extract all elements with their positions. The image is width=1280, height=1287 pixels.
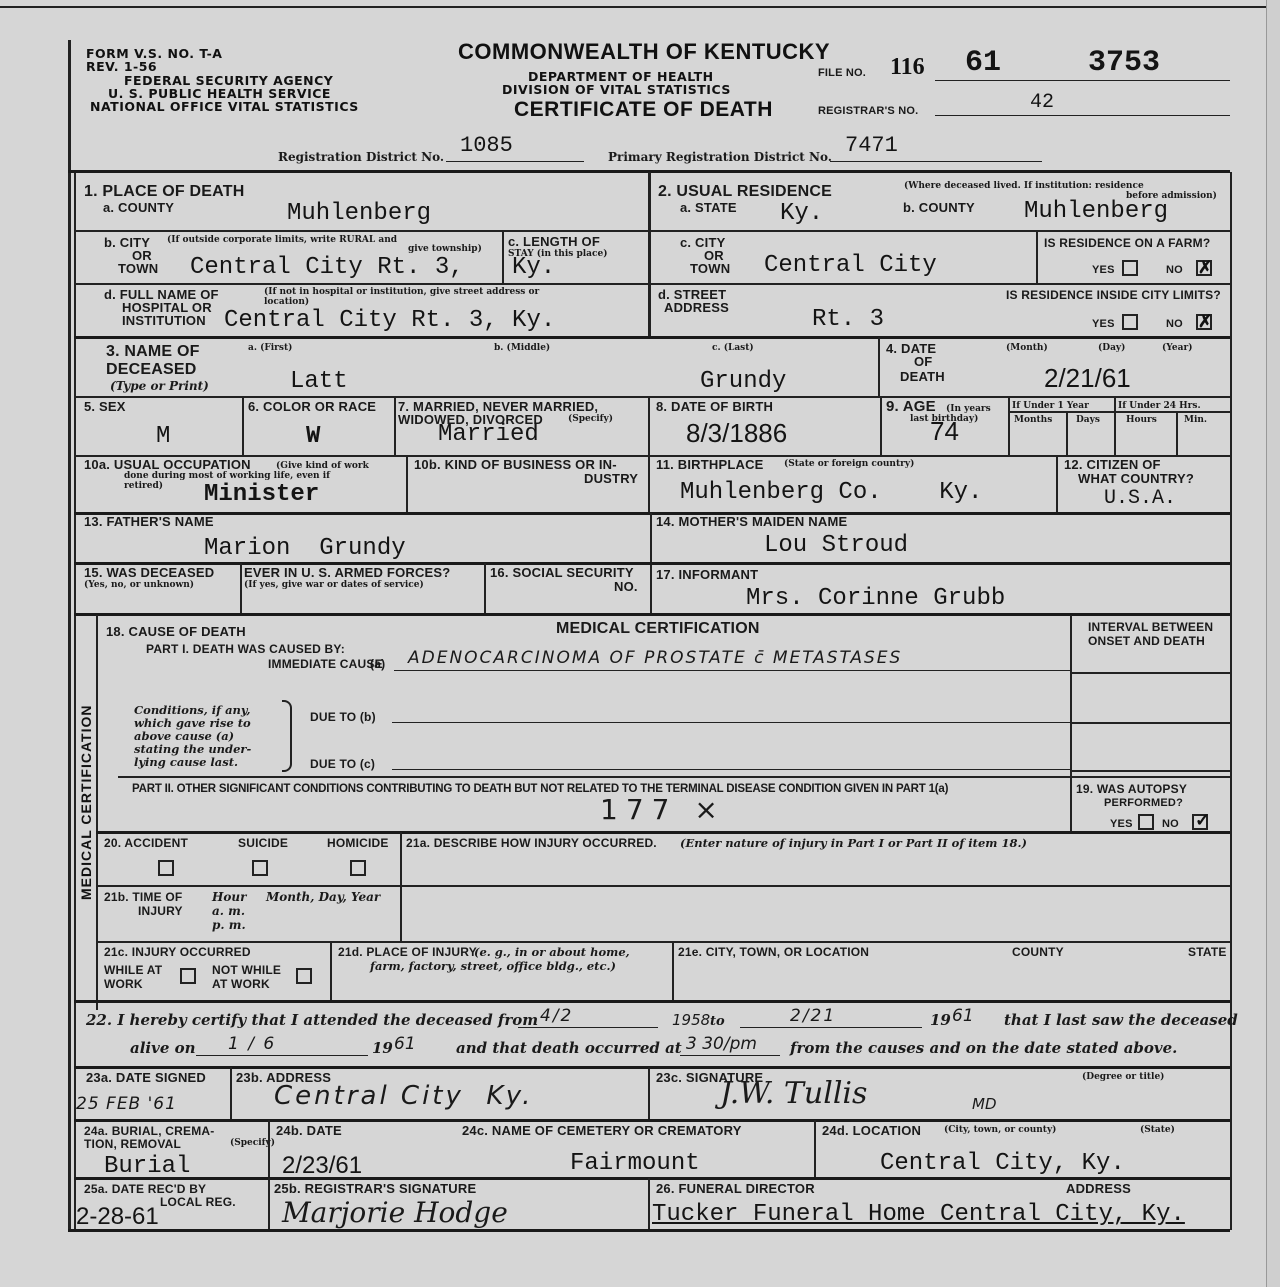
hours-label: Hours [1126, 415, 1157, 425]
while-at-work-checkbox[interactable] [180, 968, 196, 984]
death-time-underline [680, 1055, 780, 1056]
ssn-label-1: 16. SOCIAL SECURITY [490, 566, 634, 580]
attended-to-date: 2/21 [790, 1006, 836, 1026]
dob-value: 8/3/1886 [686, 420, 787, 446]
col-divider [880, 397, 882, 455]
accident-checkbox[interactable] [158, 860, 174, 876]
cause-a-underline [394, 670, 1070, 671]
row-rule [74, 396, 1230, 398]
col-divider [268, 1120, 270, 1178]
mother-value: Lou Stroud [764, 533, 908, 559]
homicide-label: HOMICIDE [327, 836, 389, 850]
while-at-work-2: WORK [104, 977, 143, 991]
cert-line1-b: that I last saw the deceased [1004, 1013, 1238, 1027]
file-no-part1: 61 [965, 50, 1001, 76]
col-divider [268, 1178, 270, 1230]
primary-district-underline [830, 161, 1042, 162]
informant-value: Mrs. Corinne Grubb [746, 586, 1005, 612]
agency-3: NATIONAL OFFICE VITAL STATISTICS [90, 100, 359, 113]
to-year: 61 [952, 1006, 974, 1026]
accident-label: 20. ACCIDENT [104, 836, 188, 850]
file-no-part2: 3753 [1088, 50, 1160, 76]
col-divider [230, 1067, 232, 1119]
sex-label: 5. SEX [84, 400, 126, 414]
due-to-b-underline [392, 722, 1070, 723]
funeral-director-value: Tucker Funeral Home Central City, Ky. [652, 1202, 1185, 1228]
primary-district-value: 7471 [845, 133, 898, 159]
burial-location-value: Central City, Ky. [880, 1151, 1125, 1177]
citizen-label-1: 12. CITIZEN OF [1064, 458, 1161, 472]
hospital-value: Central City Rt. 3, Ky. [224, 308, 555, 334]
medical-section-title: MEDICAL CERTIFICATION [556, 622, 760, 636]
row-rule [74, 230, 1230, 232]
row-rule [74, 336, 1230, 339]
col-divider [648, 1067, 650, 1119]
col-divider [406, 456, 408, 513]
middle-name-label: b. (Middle) [494, 343, 550, 353]
dod-label-2: OF [914, 355, 932, 369]
medical-side-label: MEDICAL CERTIFICATION [78, 705, 94, 900]
degree-label: (Degree or title) [1082, 1072, 1164, 1082]
age-label: 9. AGE [886, 400, 936, 414]
occupation-note-2: done during most of working life, even i… [124, 471, 330, 481]
hospital-label-3: INSTITUTION [122, 314, 206, 328]
right-margin [1266, 0, 1280, 1287]
part2-value: 177 × [600, 800, 726, 820]
occupation-note-1: (Give kind of work [276, 461, 369, 471]
name-label-2: DECEASED [106, 361, 197, 378]
registrar-no-label: REGISTRAR'S NO. [818, 104, 918, 118]
col-divider [814, 1120, 816, 1178]
birthplace-note: (State or foreign country) [784, 459, 914, 469]
attended-from-year: 1958 [672, 1010, 710, 1030]
row-rule [74, 1177, 1230, 1180]
not-while-at-work-checkbox[interactable] [296, 968, 312, 984]
reg-district-value: 1085 [460, 133, 513, 159]
row-rule [74, 1066, 1230, 1069]
res-county-label: b. COUNTY [903, 201, 975, 215]
hour-label: Hour [212, 890, 246, 904]
frame-left [68, 40, 71, 1230]
dod-month-label: (Month) [1006, 343, 1048, 353]
race-label: 6. COLOR OR RACE [248, 400, 376, 414]
certificate-title: CERTIFICATE OF DEATH [514, 98, 773, 122]
city-limits-question: IS RESIDENCE INSIDE CITY LIMITS? [1006, 288, 1221, 302]
address-value: Central City Ky. [274, 1086, 533, 1106]
farm-no-checkbox[interactable] [1196, 260, 1212, 276]
city-limits-no-label: NO [1166, 317, 1183, 331]
occupation-note-3: retired) [124, 481, 163, 491]
row-rule [96, 831, 1230, 834]
col-divider [1176, 412, 1178, 455]
col-divider [240, 563, 242, 613]
place-of-death-label: 1. PLACE OF DEATH [84, 183, 244, 200]
frame-left-inner [74, 172, 76, 1230]
row-rule [118, 776, 1230, 778]
street-label-2: ADDRESS [664, 301, 729, 315]
col-divider [672, 942, 674, 1000]
mother-label: 14. MOTHER'S MAIDEN NAME [656, 515, 847, 529]
pod-city-note-2: give township) [408, 244, 482, 254]
last-seen-year-prefix: 19 [372, 1041, 393, 1055]
conditions-5: lying cause last. [134, 756, 238, 769]
date-recd-label-1: 25a. DATE REC'D BY [84, 1182, 206, 1196]
reg-district-underline [446, 161, 584, 162]
last-seen-year: 61 [394, 1034, 416, 1054]
days-label: Days [1076, 415, 1100, 425]
months-label: Months [1014, 415, 1052, 425]
frame-right [1230, 172, 1232, 1230]
dob-label: 8. DATE OF BIRTH [656, 400, 773, 414]
last-seen-underline [196, 1055, 368, 1056]
burial-location-label: 24d. LOCATION [822, 1124, 921, 1138]
autopsy-yes-checkbox[interactable] [1138, 814, 1154, 830]
file-no-prefix: 116 [890, 54, 925, 81]
state-title: COMMONWEALTH OF KENTUCKY [458, 40, 830, 64]
res-city-town: TOWN [690, 262, 730, 276]
armed-label-4: (If yes, give war or dates of service) [244, 580, 424, 590]
burial-location-note: (City, town, or county) [944, 1125, 1056, 1135]
city-limits-yes-checkbox[interactable] [1122, 314, 1138, 330]
while-at-work-1: WHILE AT [104, 963, 162, 977]
top-border [0, 0, 1280, 8]
row-rule [96, 885, 1230, 887]
farm-yes-checkbox[interactable] [1122, 260, 1138, 276]
suicide-label: SUICIDE [238, 836, 288, 850]
registrar-signature: Marjorie Hodge [282, 1196, 508, 1229]
pod-city-note-1: (If outside corporate limits, write RURA… [167, 235, 397, 245]
farm-question: IS RESIDENCE ON A FARM? [1044, 236, 1210, 250]
first-name-value: Latt [290, 369, 348, 395]
row-rule [74, 1000, 1230, 1003]
form-rev: REV. 1-56 [86, 60, 157, 73]
funeral-director-label: 26. FUNERAL DIRECTOR [656, 1182, 815, 1196]
interval-rule [1070, 770, 1230, 772]
armed-label-3: EVER IN U. S. ARMED FORCES? [244, 566, 450, 580]
primary-district-label: Primary Registration District No. [608, 150, 832, 164]
pod-county-label: a. COUNTY [103, 201, 174, 215]
res-state-label: a. STATE [680, 201, 737, 215]
under-1-year-label: If Under 1 Year [1012, 401, 1089, 411]
to-date-underline [740, 1027, 922, 1028]
mdy-label: Month, Day, Year [266, 890, 380, 904]
residence-note-1: (Where deceased lived. If institution: r… [904, 181, 1144, 191]
injury-time-label-1: 21b. TIME OF [104, 890, 182, 904]
cause-a-label: (a) [370, 657, 385, 671]
autopsy-label-1: 19. WAS AUTOPSY [1076, 782, 1187, 796]
registrar-no-underline [935, 115, 1230, 116]
city-location-label: 21e. CITY, TOWN, OR LOCATION [678, 945, 869, 959]
burial-label-2: TION, REMOVAL [84, 1137, 181, 1151]
autopsy-no-label: NO [1162, 817, 1179, 831]
stay-value: Ky. [512, 255, 555, 281]
col-divider [484, 563, 486, 613]
cemetery-label: 24c. NAME OF CEMETERY OR CREMATORY [462, 1124, 742, 1138]
col-divider [1056, 456, 1058, 513]
interval-label-2: ONSET AND DEATH [1088, 634, 1205, 648]
reg-district-label: Registration District No. [278, 150, 444, 164]
dod-label-3: DEATH [900, 370, 945, 384]
city-limits-yes-label: YES [1092, 317, 1115, 331]
interval-rule [1070, 722, 1230, 724]
pod-county-value: Muhlenberg [287, 201, 431, 227]
row-rule [74, 1119, 1230, 1122]
row-rule [74, 512, 1230, 515]
first-name-label: a. (First) [248, 343, 292, 353]
ssn-label-2: NO. [614, 580, 638, 594]
last-name-label: c. (Last) [712, 343, 754, 353]
file-no-underline [935, 80, 1230, 81]
pm-label: p. m. [212, 918, 246, 932]
business-label-1: 10b. KIND OF BUSINESS OR IN- [414, 458, 617, 472]
hospital-note-1: (If not in hospital or institution, give… [264, 287, 539, 297]
res-state-value: Ky. [780, 201, 823, 227]
armed-label-2: (Yes, no, or unknown) [84, 580, 194, 590]
dept-2: DIVISION OF VITAL STATISTICS [502, 83, 731, 96]
death-certificate: FORM V.S. NO. T-A REV. 1-56 FEDERAL SECU… [0, 0, 1280, 1287]
sex-value: M [156, 424, 170, 450]
place-injury-note-2: farm, factory, street, office bldg., etc… [370, 959, 616, 973]
cemetery-value: Fairmount [570, 1151, 700, 1177]
dod-value: 2/21/61 [1044, 365, 1131, 391]
cause-label: 18. CAUSE OF DEATH [106, 625, 246, 639]
part1-label: PART I. DEATH WAS CAUSED BY: [146, 642, 345, 656]
hospital-note-2: location) [264, 297, 309, 307]
col-divider [502, 231, 504, 283]
homicide-checkbox[interactable] [350, 860, 366, 876]
date-recd-value: 2-28-61 [76, 1204, 159, 1230]
pod-city-value: Central City Rt. 3, [190, 255, 464, 281]
marital-specify: (Specify) [568, 414, 613, 424]
to-word: to [710, 1015, 725, 1029]
father-value: Marion Grundy [204, 536, 406, 562]
cert-line2-c: from the causes and on the date stated a… [790, 1041, 1177, 1055]
usual-residence-label: 2. USUAL RESIDENCE [658, 183, 832, 200]
burial-date-value: 2/23/61 [282, 1153, 362, 1179]
name-label-3: (Type or Print) [110, 379, 209, 393]
cert-line2-a: alive on [130, 1041, 196, 1055]
father-label: 13. FATHER'S NAME [84, 515, 214, 529]
autopsy-no-checkbox[interactable] [1192, 814, 1208, 830]
race-value: W [306, 424, 320, 450]
physician-degree: MD [972, 1094, 997, 1114]
armed-label-1: 15. WAS DECEASED [84, 566, 214, 580]
bottom-rule [68, 1229, 1230, 1232]
burial-label-1: 24a. BURIAL, CREMA- [84, 1124, 214, 1138]
col-divider [1036, 231, 1038, 283]
farm-yes-label: YES [1092, 263, 1115, 277]
citizen-label-2: WHAT COUNTRY? [1078, 472, 1194, 486]
min-label: Min. [1184, 415, 1207, 425]
interval-label-1: INTERVAL BETWEEN [1088, 620, 1213, 634]
citizen-value: U.S.A. [1104, 486, 1176, 512]
medical-side-divider [96, 615, 98, 1010]
date-signed-value: 25 FEB '61 [76, 1094, 177, 1114]
not-while-2: AT WORK [212, 977, 270, 991]
stay-label: c. LENGTH OF [508, 235, 600, 249]
age-value: 74 [930, 418, 959, 444]
attended-from-date: 4/2 [540, 1006, 573, 1026]
col-divider [394, 397, 396, 455]
col-divider [648, 1178, 650, 1230]
col-divider [1114, 397, 1116, 455]
age-note-1: (In years [946, 404, 991, 414]
place-injury-note-1: (e. g., in or about home, [474, 945, 630, 959]
row-rule [74, 613, 1230, 616]
injury-time-label-2: INJURY [138, 904, 183, 918]
injury-how-note: (Enter nature of injury in Part I or Par… [680, 836, 1027, 850]
dod-day-label: (Day) [1098, 343, 1125, 353]
col-divider [1008, 397, 1010, 455]
conditions-brace [282, 700, 292, 772]
col-divider [330, 942, 332, 1000]
dod-year-label: (Year) [1162, 343, 1192, 353]
last-name-value: Grundy [700, 369, 786, 395]
interval-rule [1070, 672, 1230, 674]
am-label: a. m. [212, 904, 245, 918]
suicide-checkbox[interactable] [252, 860, 268, 876]
cause-a-value: ADENOCARCINOMA OF PROSTATE c̄ METASTASES [408, 648, 902, 668]
birthplace-label: 11. BIRTHPLACE [656, 458, 764, 472]
business-label-2: DUSTRY [584, 472, 638, 486]
res-county-value: Muhlenberg [1024, 199, 1168, 225]
city-limits-no-checkbox[interactable] [1196, 314, 1212, 330]
physician-signature: J.W. Tullis [720, 1076, 867, 1111]
part2-label: PART II. OTHER SIGNIFICANT CONDITIONS CO… [132, 782, 948, 796]
immediate-cause-label: IMMEDIATE CAUSE [268, 657, 383, 671]
pod-city-town: TOWN [118, 262, 158, 276]
autopsy-label-2: PERFORMED? [1104, 796, 1183, 810]
col-divider [1066, 412, 1068, 455]
under-24-hrs-label: If Under 24 Hrs. [1118, 401, 1201, 411]
col-divider [400, 832, 402, 942]
informant-label: 17. INFORMANT [656, 568, 758, 582]
burial-date-label: 24b. DATE [276, 1124, 342, 1138]
res-city-value: Central City [764, 253, 937, 279]
injury-county-label: COUNTY [1012, 945, 1064, 959]
death-time: 3 30/pm [686, 1034, 757, 1054]
farm-no-label: NO [1166, 263, 1183, 277]
place-injury-label: 21d. PLACE OF INJURY [338, 945, 477, 959]
marital-value: Married [438, 422, 539, 448]
occupation-value: Minister [204, 482, 319, 508]
to-year-prefix: 19 [930, 1013, 951, 1027]
due-to-c-label: DUE TO (c) [310, 757, 375, 771]
registrar-sig-label: 25b. REGISTRAR'S SIGNATURE [274, 1182, 476, 1196]
date-recd-label-2: LOCAL REG. [160, 1195, 236, 1209]
due-to-b-label: DUE TO (b) [310, 710, 376, 724]
autopsy-yes-label: YES [1110, 817, 1133, 831]
burial-state-note: (State) [1140, 1125, 1175, 1135]
injury-occurred-label: 21c. INJURY OCCURRED [104, 945, 251, 959]
not-while-1: NOT WHILE [212, 963, 281, 977]
row-rule [96, 941, 1230, 943]
col-divider [648, 172, 651, 337]
col-divider [242, 397, 244, 455]
due-to-c-underline [392, 769, 1070, 770]
injury-how-label: 21a. DESCRIBE HOW INJURY OCCURRED. [406, 836, 657, 850]
sub-rule [1008, 411, 1230, 413]
injury-state-label: STATE [1188, 945, 1227, 959]
cert-line1-a: 22. I hereby certify that I attended the… [86, 1013, 538, 1027]
occupation-label: 10a. USUAL OCCUPATION [84, 458, 251, 472]
registrar-no: 42 [1030, 90, 1054, 116]
funeral-address-label: ADDRESS [1066, 1182, 1131, 1196]
from-date-underline [518, 1027, 658, 1028]
row-rule [74, 283, 1230, 285]
date-signed-label: 23a. DATE SIGNED [86, 1071, 206, 1085]
file-no-label: FILE NO. [818, 66, 866, 80]
cert-line2-b: and that death occurred at [456, 1041, 682, 1055]
last-seen-date: 1 / 6 [228, 1034, 276, 1054]
col-divider [878, 337, 880, 397]
birthplace-value: Muhlenberg Co. Ky. [680, 480, 982, 506]
name-label-1: 3. NAME OF [106, 343, 200, 360]
street-value: Rt. 3 [812, 307, 884, 333]
